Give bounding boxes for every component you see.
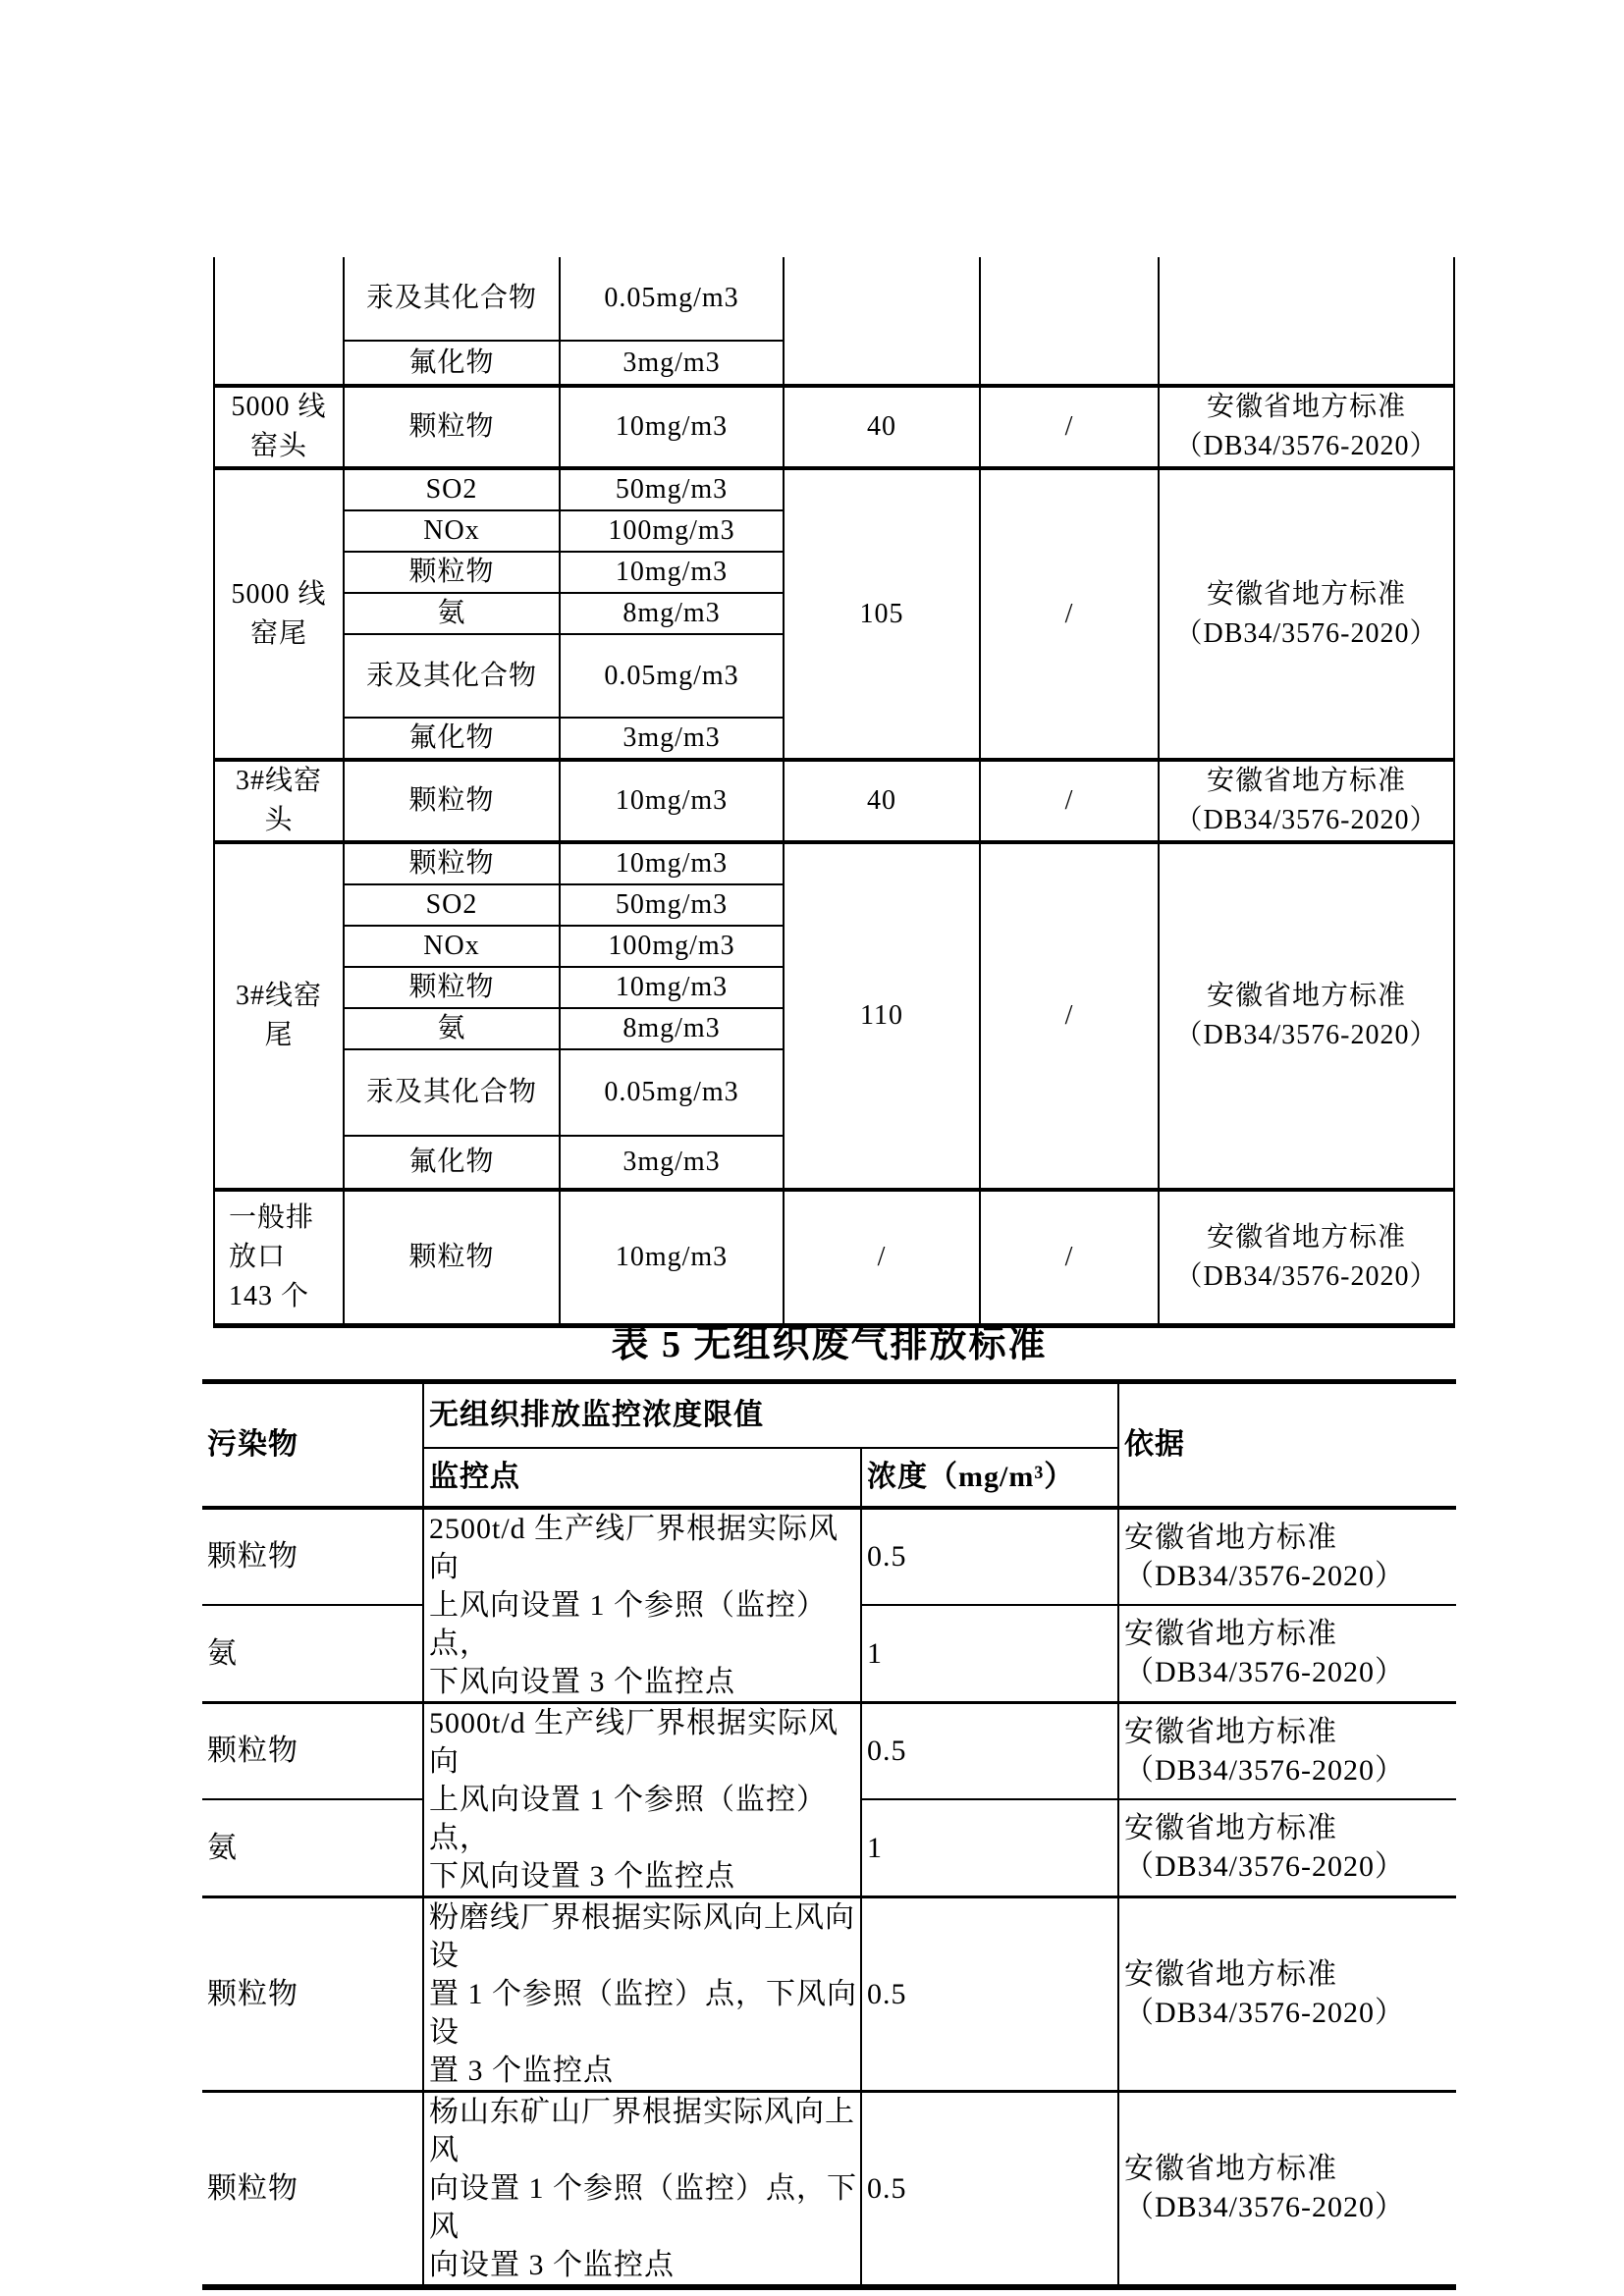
source-cell-empty xyxy=(214,257,344,386)
limit-cell: 10mg/m3 xyxy=(560,967,784,1008)
limit-cell: 100mg/m3 xyxy=(560,510,784,552)
concentration-cell: 0.5 xyxy=(861,1702,1118,1799)
pollutant-cell: 氨 xyxy=(202,1605,423,1702)
basis-cell-empty xyxy=(1159,257,1454,386)
rate-cell: / xyxy=(784,1190,980,1325)
basis-cell: 安徽省地方标准 （DB34/3576-2020） xyxy=(1118,1702,1456,1799)
pollutant-cell: 氨 xyxy=(344,593,560,634)
rate-cell: 105 xyxy=(784,468,980,760)
limit-cell: 10mg/m3 xyxy=(560,842,784,884)
pollutant-cell: SO2 xyxy=(344,468,560,510)
limit-cell: 8mg/m3 xyxy=(560,1008,784,1049)
slash-cell-empty xyxy=(980,257,1159,386)
limit-cell: 8mg/m3 xyxy=(560,593,784,634)
concentration-cell: 1 xyxy=(861,1799,1118,1896)
limit-cell: 10mg/m3 xyxy=(560,386,784,468)
pollutant-cell: 汞及其化合物 xyxy=(344,634,560,718)
limit-cell: 100mg/m3 xyxy=(560,926,784,967)
slash-cell: / xyxy=(980,760,1159,842)
pollutant-cell: 氟化物 xyxy=(344,718,560,760)
basis-cell: 安徽省地方标准 （DB34/3576-2020） xyxy=(1118,2091,1456,2287)
table-row: 颗粒物 杨山东矿山厂界根据实际风向上风 向设置 1 个参照（监控）点，下风 向设… xyxy=(202,2091,1456,2287)
header-concentration: 浓度（mg/m³） xyxy=(861,1448,1118,1508)
table-row: 5000 线 窑尾 SO2 50mg/m3 105 / 安徽省地方标准 （DB3… xyxy=(214,468,1454,510)
basis-cell: 安徽省地方标准 （DB34/3576-2020） xyxy=(1118,1799,1456,1896)
basis-cell: 安徽省地方标准 （DB34/3576-2020） xyxy=(1118,1605,1456,1702)
pollutant-cell: 汞及其化合物 xyxy=(344,1049,560,1136)
monitor-point-cell: 2500t/d 生产线厂界根据实际风向 上风向设置 1 个参照（监控）点， 下风… xyxy=(423,1508,861,1703)
basis-cell: 安徽省地方标准 （DB34/3576-2020） xyxy=(1159,468,1454,760)
basis-cell: 安徽省地方标准 （DB34/3576-2020） xyxy=(1118,1508,1456,1606)
limit-cell: 0.05mg/m3 xyxy=(560,634,784,718)
header-basis: 依据 xyxy=(1118,1382,1456,1508)
header-pollutant: 污染物 xyxy=(202,1382,423,1508)
limit-cell: 0.05mg/m3 xyxy=(560,257,784,341)
pollutant-cell: 氟化物 xyxy=(344,1136,560,1190)
table5-title: 表 5 无组织废气排放标准 xyxy=(202,1316,1456,1373)
pollutant-cell: 颗粒物 xyxy=(202,1896,423,2091)
pollutant-cell: 颗粒物 xyxy=(344,760,560,842)
pollutant-cell: 氨 xyxy=(344,1008,560,1049)
table-row: 5000 线 窑头 颗粒物 10mg/m3 40 / 安徽省地方标准 （DB34… xyxy=(214,386,1454,468)
monitor-point-cell: 粉磨线厂界根据实际风向上风向设 置 1 个参照（监控）点，下风向设 置 3 个监… xyxy=(423,1896,861,2091)
limit-cell: 10mg/m3 xyxy=(560,552,784,593)
limit-cell: 10mg/m3 xyxy=(560,760,784,842)
limit-cell: 50mg/m3 xyxy=(560,468,784,510)
rate-cell-empty xyxy=(784,257,980,386)
basis-cell: 安徽省地方标准 （DB34/3576-2020） xyxy=(1118,1896,1456,2091)
pollutant-cell: NOx xyxy=(344,926,560,967)
pollutant-cell: NOx xyxy=(344,510,560,552)
header-limit-group: 无组织排放监控浓度限值 xyxy=(423,1382,1118,1448)
table-row: 汞及其化合物 0.05mg/m3 xyxy=(214,257,1454,341)
limit-cell: 10mg/m3 xyxy=(560,1190,784,1325)
limit-cell: 3mg/m3 xyxy=(560,718,784,760)
organized-emission-table: 汞及其化合物 0.05mg/m3 氟化物 3mg/m3 5000 线 窑头 颗粒… xyxy=(213,257,1455,1328)
concentration-cell: 0.5 xyxy=(861,1896,1118,2091)
limit-cell: 50mg/m3 xyxy=(560,884,784,926)
concentration-cell: 0.5 xyxy=(861,2091,1118,2287)
table-header-row: 污染物 无组织排放监控浓度限值 依据 xyxy=(202,1382,1456,1448)
rate-cell: 110 xyxy=(784,842,980,1190)
slash-cell: / xyxy=(980,468,1159,760)
source-cell: 5000 线 窑尾 xyxy=(214,468,344,760)
pollutant-cell: 氟化物 xyxy=(344,341,560,386)
table-row: 颗粒物 粉磨线厂界根据实际风向上风向设 置 1 个参照（监控）点，下风向设 置 … xyxy=(202,1896,1456,2091)
slash-cell: / xyxy=(980,842,1159,1190)
table-row: 3#线窑 尾 颗粒物 10mg/m3 110 / 安徽省地方标准 （DB34/3… xyxy=(214,842,1454,884)
slash-cell: / xyxy=(980,386,1159,468)
source-cell: 5000 线 窑头 xyxy=(214,386,344,468)
pollutant-cell: 颗粒物 xyxy=(202,1508,423,1606)
source-cell: 3#线窑 头 xyxy=(214,760,344,842)
basis-cell: 安徽省地方标准 （DB34/3576-2020） xyxy=(1159,842,1454,1190)
pollutant-cell: SO2 xyxy=(344,884,560,926)
rate-cell: 40 xyxy=(784,760,980,842)
pollutant-cell: 颗粒物 xyxy=(344,552,560,593)
limit-cell: 3mg/m3 xyxy=(560,1136,784,1190)
concentration-cell: 0.5 xyxy=(861,1508,1118,1606)
header-monitor-point: 监控点 xyxy=(423,1448,861,1508)
pollutant-cell: 颗粒物 xyxy=(344,967,560,1008)
limit-cell: 3mg/m3 xyxy=(560,341,784,386)
table-row: 3#线窑 头 颗粒物 10mg/m3 40 / 安徽省地方标准 （DB34/35… xyxy=(214,760,1454,842)
pollutant-cell: 汞及其化合物 xyxy=(344,257,560,341)
table-row: 颗粒物 2500t/d 生产线厂界根据实际风向 上风向设置 1 个参照（监控）点… xyxy=(202,1508,1456,1606)
pollutant-cell: 颗粒物 xyxy=(202,2091,423,2287)
concentration-cell: 1 xyxy=(861,1605,1118,1702)
rate-cell: 40 xyxy=(784,386,980,468)
document-page: 汞及其化合物 0.05mg/m3 氟化物 3mg/m3 5000 线 窑头 颗粒… xyxy=(0,0,1624,2296)
pollutant-cell: 颗粒物 xyxy=(344,1190,560,1325)
pollutant-cell: 氨 xyxy=(202,1799,423,1896)
slash-cell: / xyxy=(980,1190,1159,1325)
table-row: 一般排 放口 143 个 颗粒物 10mg/m3 / / 安徽省地方标准 （DB… xyxy=(214,1190,1454,1325)
fugitive-emission-table: 污染物 无组织排放监控浓度限值 依据 监控点 浓度（mg/m³） 颗粒物 250… xyxy=(202,1379,1456,2290)
monitor-point-cell: 5000t/d 生产线厂界根据实际风向 上风向设置 1 个参照（监控）点， 下风… xyxy=(423,1702,861,1896)
pollutant-cell: 颗粒物 xyxy=(344,842,560,884)
limit-cell: 0.05mg/m3 xyxy=(560,1049,784,1136)
pollutant-cell: 颗粒物 xyxy=(202,1702,423,1799)
pollutant-cell: 颗粒物 xyxy=(344,386,560,468)
basis-cell: 安徽省地方标准 （DB34/3576-2020） xyxy=(1159,760,1454,842)
basis-cell: 安徽省地方标准 （DB34/3576-2020） xyxy=(1159,386,1454,468)
basis-cell: 安徽省地方标准 （DB34/3576-2020） xyxy=(1159,1190,1454,1325)
monitor-point-cell: 杨山东矿山厂界根据实际风向上风 向设置 1 个参照（监控）点，下风 向设置 3 … xyxy=(423,2091,861,2287)
source-cell: 3#线窑 尾 xyxy=(214,842,344,1190)
source-cell: 一般排 放口 143 个 xyxy=(214,1190,344,1325)
table-row: 颗粒物 5000t/d 生产线厂界根据实际风向 上风向设置 1 个参照（监控）点… xyxy=(202,1702,1456,1799)
